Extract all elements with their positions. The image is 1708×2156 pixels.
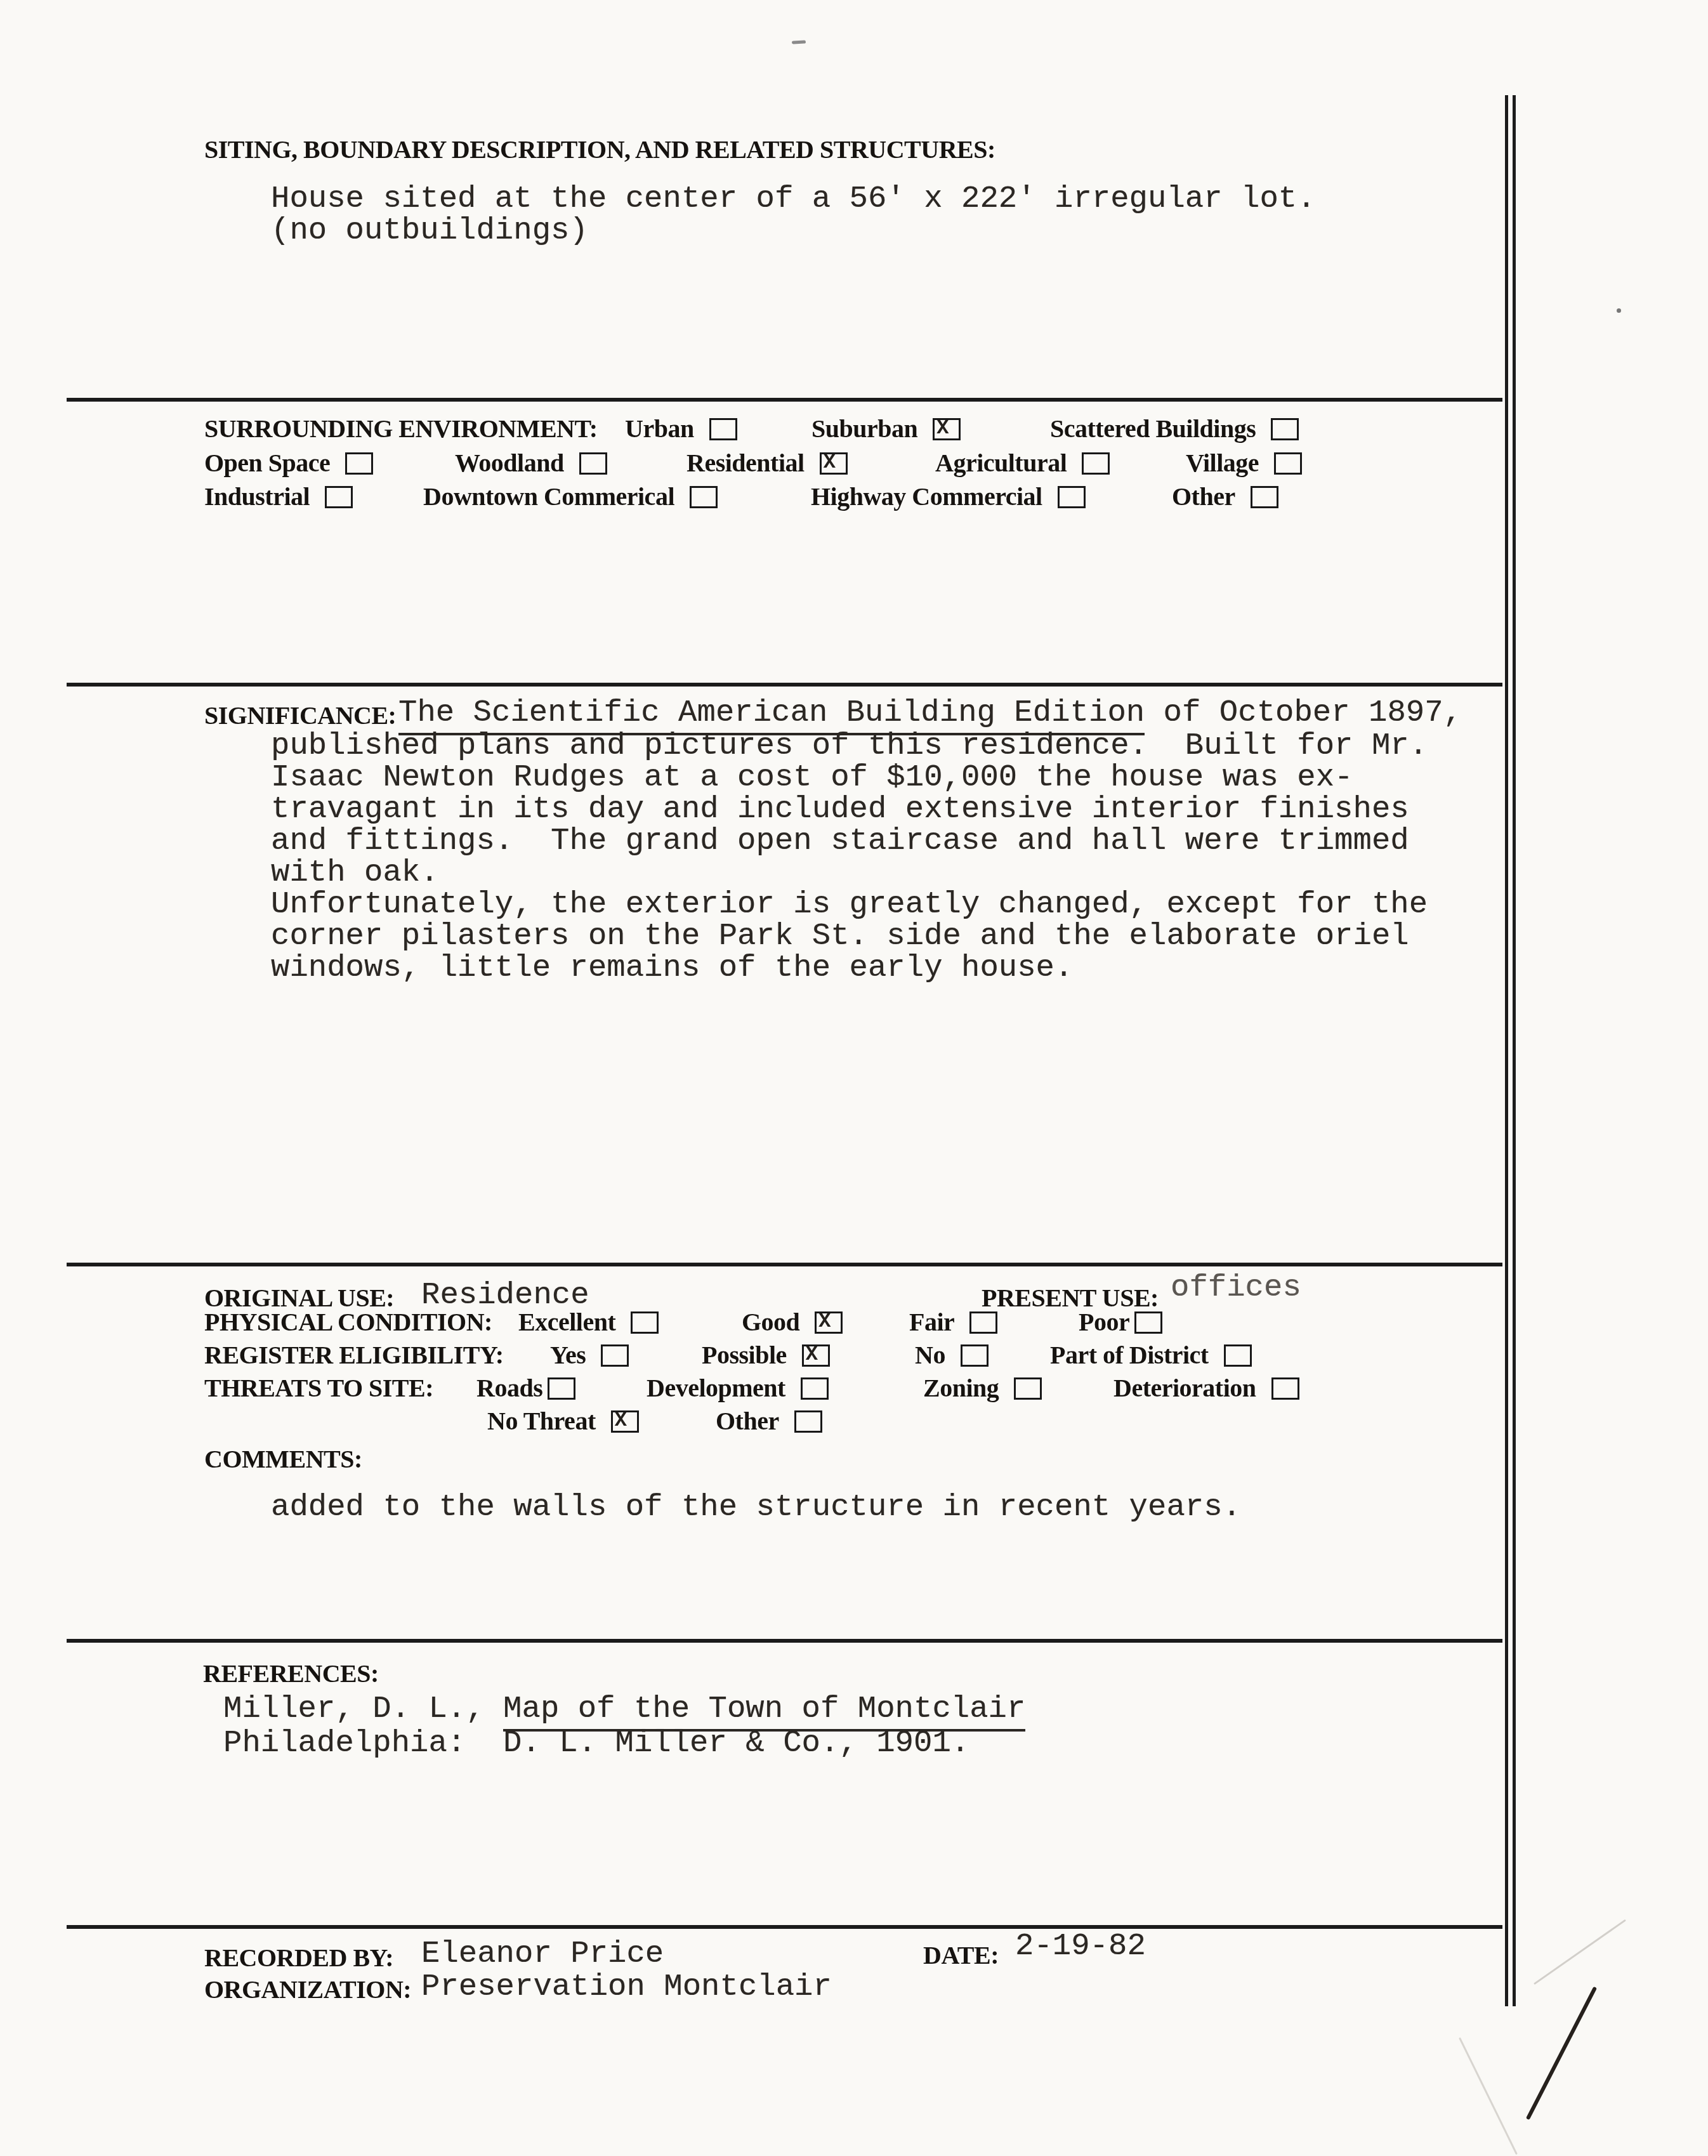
siting-text-line2: (no outbuildings): [271, 214, 588, 246]
checkbox-fair: [969, 1311, 997, 1334]
significance-line-9: windows, little remains of the early hou…: [271, 952, 1073, 983]
checkbox-label-open-space: Open Space: [204, 449, 330, 477]
checkbox-option-roads: Roads: [476, 1373, 575, 1403]
checkbox-option-poor: Poor: [1079, 1307, 1162, 1337]
physical-condition-label: PHYSICAL CONDITION:: [204, 1307, 492, 1337]
checkbox-option-scattered-buildings: Scattered Buildings: [1050, 414, 1299, 444]
checkbox-no: [961, 1344, 989, 1367]
checkbox-option-village: Village: [1186, 448, 1302, 478]
checkbox-label-other: Other: [716, 1407, 779, 1435]
checkbox-option-woodland: Woodland: [455, 448, 607, 478]
checkbox-option-no: No: [915, 1340, 989, 1370]
checkbox-industrial: [325, 486, 353, 508]
checkbox-label-scattered-buildings: Scattered Buildings: [1050, 414, 1256, 443]
checkbox-option-highway-commercial: Highway Commercial: [811, 482, 1086, 511]
checkbox-option-part-of-district: Part of District: [1050, 1340, 1252, 1370]
checkbox-option-good: GoodX: [742, 1307, 843, 1337]
checkbox-option-suburban: SuburbanX: [811, 414, 961, 444]
checkbox-label-roads: Roads: [476, 1374, 542, 1402]
checkbox-poor: [1134, 1311, 1162, 1334]
checkbox-option-yes: Yes: [550, 1340, 629, 1370]
checkbox-option-no-threat: No ThreatX: [487, 1406, 639, 1436]
checkbox-label-other: Other: [1172, 482, 1235, 511]
page-edge-line-inner: [1513, 95, 1516, 2006]
section-divider-4: [67, 1639, 1502, 1643]
checkbox-zoning: [1014, 1377, 1042, 1400]
checkbox-option-agricultural: Agricultural: [935, 448, 1110, 478]
checkbox-other: [794, 1410, 822, 1433]
checkbox-other: [1251, 486, 1278, 508]
checkbox-label-excellent: Excellent: [518, 1308, 615, 1336]
significance-line-1: The Scientific American Building Edition…: [398, 697, 1462, 728]
checkbox-downtown-commerical: [690, 486, 718, 508]
checkbox-agricultural: [1082, 452, 1110, 475]
checkbox-option-deterioration: Deterioration: [1113, 1373, 1299, 1403]
checkbox-no-threat: X: [611, 1410, 639, 1433]
environment-row-2: Open SpaceWoodlandResidentialXAgricultur…: [0, 448, 1708, 486]
checkbox-label-development: Development: [647, 1374, 785, 1402]
reference-line-2: Philadelphia: D. L. Miller & Co., 1901.: [223, 1727, 969, 1759]
checkbox-label-agricultural: Agricultural: [935, 449, 1067, 477]
checkbox-option-urban: Urban: [625, 414, 737, 444]
checkbox-open-space: [345, 452, 373, 475]
checkbox-village: [1274, 452, 1302, 475]
check-mark-residential: X: [824, 450, 836, 474]
reference-line-1: Miller, D. L., Map of the Town of Montcl…: [223, 1693, 1025, 1725]
checkbox-yes: [601, 1344, 629, 1367]
page-edge-line-outer: [1505, 95, 1508, 2006]
checkbox-label-zoning: Zoning: [923, 1374, 999, 1402]
checkbox-label-industrial: Industrial: [204, 482, 310, 511]
significance-line-3: Isaac Newton Rudges at a cost of $10,000…: [271, 761, 1353, 793]
checkbox-label-possible: Possible: [702, 1341, 787, 1369]
checkbox-label-suburban: Suburban: [811, 414, 917, 443]
environment-section-label: SURROUNDING ENVIRONMENT:: [204, 414, 598, 444]
checkbox-roads: [548, 1377, 575, 1400]
checkbox-deterioration: [1271, 1377, 1299, 1400]
check-mark-no-threat: X: [615, 1409, 627, 1432]
register-eligibility-label: REGISTER ELIGIBILITY:: [204, 1340, 504, 1370]
checkbox-option-open-space: Open Space: [204, 448, 373, 478]
checkbox-label-good: Good: [742, 1308, 799, 1336]
check-mark-suburban: X: [936, 416, 949, 440]
siting-section-label: SITING, BOUNDARY DESCRIPTION, AND RELATE…: [204, 135, 995, 164]
significance-line-8: corner pilasters on the Park St. side an…: [271, 920, 1409, 952]
significance-line-4: travagant in its day and included extens…: [271, 793, 1409, 825]
scanned-survey-form-page: SITING, BOUNDARY DESCRIPTION, AND RELATE…: [0, 0, 1708, 2156]
checkbox-part-of-district: [1224, 1344, 1252, 1367]
checkbox-label-residential: Residential: [686, 449, 805, 477]
recorded-by-label: RECORDED BY:: [204, 1943, 393, 1973]
present-use-value: offices: [1171, 1272, 1301, 1303]
checkbox-option-excellent: Excellent: [518, 1307, 659, 1337]
checkbox-possible: X: [802, 1344, 830, 1367]
references-label: REFERENCES:: [203, 1659, 379, 1688]
scan-speck-right: [1617, 308, 1621, 313]
checkbox-development: [801, 1377, 829, 1400]
checkbox-option-industrial: Industrial: [204, 482, 353, 511]
date-value: 2-19-82: [1015, 1930, 1146, 1962]
checkbox-scattered-buildings: [1271, 418, 1299, 440]
physical-condition-row: PHYSICAL CONDITION: ExcellentGoodXFairPo…: [0, 1307, 1708, 1345]
significance-line-7: Unfortunately, the exterior is greatly c…: [271, 888, 1428, 920]
section-divider-1: [67, 398, 1502, 402]
checkbox-option-development: Development: [647, 1373, 829, 1403]
checkbox-label-urban: Urban: [625, 414, 694, 443]
checkbox-woodland: [579, 452, 607, 475]
register-eligibility-row: REGISTER ELIGIBILITY: YesPossibleXNoPart…: [0, 1340, 1708, 1378]
significance-section-label: SIGNIFICANCE:: [204, 700, 396, 730]
checkbox-option-other: Other: [1172, 482, 1278, 511]
environment-row-3: IndustrialDowntown CommericalHighway Com…: [0, 482, 1708, 520]
checkbox-label-fair: Fair: [909, 1308, 954, 1336]
significance-line-2: published plans and pictures of this res…: [271, 730, 1428, 761]
checkbox-highway-commercial: [1058, 486, 1086, 508]
checkbox-option-fair: Fair: [909, 1307, 997, 1337]
check-mark-good: X: [818, 1310, 831, 1333]
comments-text: added to the walls of the structure in r…: [271, 1491, 1241, 1523]
fold-crease-left: [1459, 2037, 1518, 2155]
checkbox-label-yes: Yes: [550, 1341, 586, 1369]
organization-value: Preservation Montclair: [421, 1971, 832, 2002]
checkbox-urban: [709, 418, 737, 440]
pen-slash-mark: [1526, 1987, 1597, 2120]
checkbox-suburban: X: [933, 418, 961, 440]
environment-row-1: SURROUNDING ENVIRONMENT: UrbanSuburbanXS…: [0, 414, 1708, 452]
section-divider-2: [67, 683, 1502, 687]
checkbox-label-no: No: [915, 1341, 945, 1369]
comments-label: COMMENTS:: [204, 1444, 362, 1474]
checkbox-good: X: [815, 1311, 843, 1334]
checkbox-label-part-of-district: Part of District: [1050, 1341, 1209, 1369]
section-divider-5: [67, 1925, 1502, 1929]
significance-line-5: and fittings. The grand open staircase a…: [271, 825, 1409, 857]
checkbox-label-deterioration: Deterioration: [1113, 1374, 1256, 1402]
checkbox-option-residential: ResidentialX: [686, 448, 848, 478]
checkbox-option-other: Other: [716, 1406, 822, 1436]
siting-text-line1: House sited at the center of a 56' x 222…: [271, 183, 1316, 214]
threats-continued-row: No ThreatXOther: [0, 1406, 1708, 1444]
checkbox-label-poor: Poor: [1079, 1308, 1129, 1336]
organization-label: ORGANIZATION:: [204, 1975, 411, 2004]
checkbox-label-highway-commercial: Highway Commercial: [811, 482, 1042, 511]
recorded-by-value: Eleanor Price: [421, 1938, 664, 1969]
original-use-value: Residence: [421, 1279, 589, 1311]
check-mark-possible: X: [806, 1343, 818, 1366]
checkbox-label-downtown-commerical: Downtown Commerical: [423, 482, 674, 511]
checkbox-label-woodland: Woodland: [455, 449, 564, 477]
checkbox-label-village: Village: [1186, 449, 1259, 477]
scan-speck-top: [792, 40, 806, 44]
significance-line-1-rest: of October 1897,: [1145, 695, 1462, 730]
checkbox-residential: X: [820, 452, 848, 475]
checkbox-excellent: [631, 1311, 659, 1334]
checkbox-label-no-threat: No Threat: [487, 1407, 596, 1435]
checkbox-option-possible: PossibleX: [702, 1340, 830, 1370]
checkbox-option-downtown-commerical: Downtown Commerical: [423, 482, 718, 511]
reference-author: Miller, D. L.,: [223, 1691, 503, 1726]
significance-line-6: with oak.: [271, 857, 439, 888]
checkbox-option-zoning: Zoning: [923, 1373, 1042, 1403]
section-divider-3: [67, 1263, 1502, 1266]
threats-to-site-label: THREATS TO SITE:: [204, 1373, 433, 1403]
fold-crease-right: [1534, 1919, 1626, 1985]
threats-to-site-row: THREATS TO SITE: RoadsDevelopmentZoningD…: [0, 1373, 1708, 1411]
date-label: DATE:: [923, 1940, 999, 1970]
